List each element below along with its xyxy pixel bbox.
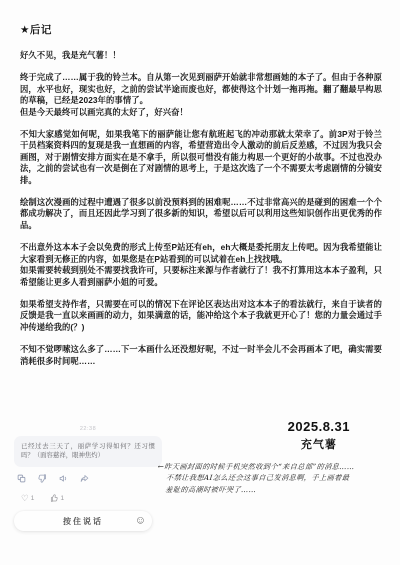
afterword-paragraph: 不知大家感觉如何呢，如果我笔下的丽萨能让您有航班起飞的冲动那就太荣幸了。前3P对… bbox=[20, 129, 382, 186]
date: 2025.8.31 bbox=[288, 419, 350, 434]
chat-action-row bbox=[14, 474, 162, 483]
copy-icon[interactable] bbox=[17, 474, 26, 483]
chat-timestamp: 22:38 bbox=[14, 426, 162, 432]
afterword-paragraph: 不知不觉啰嗦这么多了……下一本画什么还没想好呢，不过一时半会儿不会再画本了吧，确… bbox=[20, 344, 382, 367]
afterword-paragraph: 终于完成了……属于我的铃兰本。自从第一次见到丽萨开始就非常想画她的本子了。但由于… bbox=[20, 72, 382, 118]
afterword-paragraph: 绘制这次漫画的过程中遭遇了很多以前没预料到的困难呢……不过非常高兴的是碰到的困难… bbox=[20, 197, 382, 231]
chat-message-bubble: 已经过去三天了，丽萨学习得如何？还习惯吗？（面容慈祥，眼神焦灼） bbox=[14, 436, 162, 467]
heart-count: 1 bbox=[31, 495, 35, 502]
share-icon[interactable] bbox=[80, 474, 89, 483]
afterword-paragraph: 不出意外这本本子会以免费的形式上传至P站还有eh，eh大概是委托朋友上传吧。因为… bbox=[20, 242, 382, 288]
speaker-icon[interactable] bbox=[59, 474, 68, 483]
afterword-paragraph: 好久不见，我是充气薯！！ bbox=[20, 50, 382, 61]
chat-screenshot: 22:38 已经过去三天了，丽萨学习得如何？还习惯吗？（面容慈祥，眼神焦灼） bbox=[14, 426, 162, 531]
handwritten-note: ←昨天画封面的时候手机突然收到个“来自总部”的消息…… 不禁让我想AI怎么还会这… bbox=[156, 461, 400, 495]
afterword-paragraph: 如果希望支持作者，只需要在可以的情况下在评论区表达出对这本本子的看法就行，来自于… bbox=[20, 299, 382, 333]
heart-icon: ♡ bbox=[21, 494, 29, 503]
afterword-text: ★后记 好久不见，我是充气薯！！ 终于完成了……属于我的铃兰本。自从第一次见到丽… bbox=[20, 22, 382, 378]
author-signature: 充气薯 bbox=[288, 436, 350, 452]
hold-to-talk-bar[interactable]: 按住说话 ☺ bbox=[14, 511, 152, 531]
afterword-title: ★后记 bbox=[20, 22, 382, 37]
dislike-icon[interactable] bbox=[38, 474, 47, 483]
heart-reaction[interactable]: ♡ 1 bbox=[21, 494, 34, 503]
smiley-icon[interactable]: ☺ bbox=[135, 516, 146, 527]
thumbs-up-count: 1 bbox=[60, 495, 64, 502]
handwritten-note-line: 羞耻的高潮时被吓哭了…… bbox=[156, 484, 399, 495]
handwritten-note-line: 不禁让我想AI怎么还会这事自己发消息啊，手上画着最 bbox=[157, 472, 400, 483]
handwritten-note-line: ←昨天画封面的时候手机突然收到个“来自总部”的消息…… bbox=[157, 461, 400, 472]
thumbs-up-reaction[interactable]: 1 bbox=[50, 494, 64, 502]
chat-reaction-row: ♡ 1 1 bbox=[14, 494, 162, 503]
thumbs-up-icon bbox=[50, 494, 58, 502]
hold-to-talk-label: 按住说话 bbox=[63, 516, 103, 527]
signature-block: 2025.8.31 充气薯 bbox=[288, 419, 350, 452]
